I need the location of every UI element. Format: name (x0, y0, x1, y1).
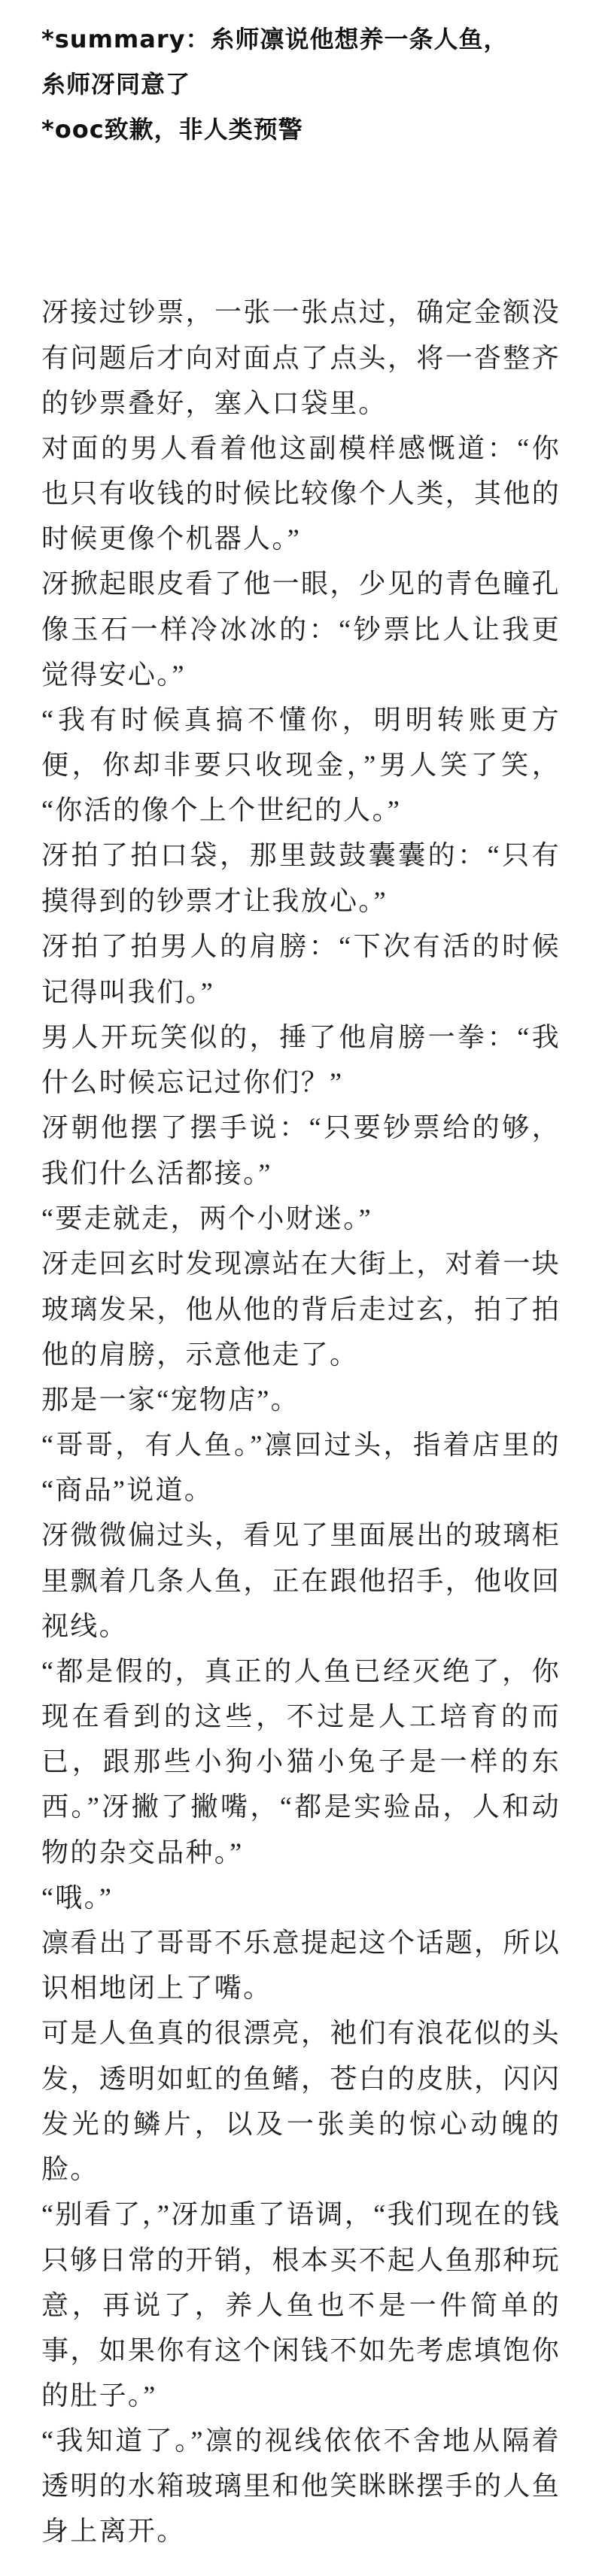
story-paragraph: 冴掀起眼皮看了他一眼，少见的青色瞳孔像玉石一样冷冰冰的：“钞票比人让我更觉得安心… (41, 561, 561, 697)
fallback-glyph: 冴 (171, 2199, 200, 2230)
fallback-glyph: 冴 (41, 1249, 70, 1279)
story-paragraph: 凛看出了哥哥不乐意提起这个话题，所以识相地闭上了嘴。 (41, 1920, 561, 2010)
story-paragraph: 冴走回玄时发现凛站在大街上，对着一块玻璃发呆，他从他的背后走过玄，拍了拍他的肩膀… (41, 1241, 561, 1377)
page: *summary：糸师凛说他想养一条人鱼， 糸师冴同意了 *ooc致歉，非人类预… (0, 0, 602, 2576)
story-paragraph: 冴朝他摆了摆手说：“只要钞票给的够，我们什么活都接。” (41, 1105, 561, 1196)
fallback-glyph: 冴 (41, 569, 70, 599)
story-paragraph: 冴拍了拍男人的肩膀：“下次有活的时候记得叫我们。” (41, 924, 561, 1015)
story-paragraph: 冴接过钞票，一张一张点过，确定金额没有问题后才向对面点了点头，将一沓整齐的钞票叠… (41, 290, 561, 426)
story-paragraph: 男人开玩笑似的，捶了他肩膀一拳：“我什么时候忘记过你们？” (41, 1015, 561, 1105)
fallback-glyph: 冴 (41, 297, 70, 328)
story-paragraph: “哦。” (41, 1875, 561, 1920)
story-paragraph: “都是假的，真正的人鱼已经灭绝了，你现在看到的这些，不过是人工培育的而已，跟那些… (41, 1649, 561, 1875)
story-paragraph: “我有时候真搞不懂你，明明转账更方便，你却非要只收现金，”男人笑了笑，“你活的像… (41, 697, 561, 833)
summary-header: *summary：糸师凛说他想养一条人鱼， 糸师冴同意了 *ooc致歉，非人类预… (41, 17, 561, 152)
story-paragraph: “别看了，”冴加重了语调，“我们现在的钱只够日常的开销，根本买不起人鱼那种玩意，… (41, 2192, 561, 2418)
story-paragraph: “哥哥，有人鱼。”凛回过头，指着店里的“商品”说道。 (41, 1422, 561, 1513)
story-paragraph: “要走就走，两个小财迷。” (41, 1196, 561, 1241)
summary-line-1: *summary：糸师凛说他想养一条人鱼， (41, 17, 561, 62)
story-paragraph: 那是一家“宠物店”。 (41, 1377, 561, 1422)
story-paragraph: “我知道了。”凛的视线依依不舍地从隔着透明的水箱玻璃里和他笑眯眯摆手的人鱼身上离… (41, 2418, 561, 2553)
story-paragraph: 可是人鱼真的很漂亮，祂们有浪花似的头发，透明如虹的鱼鳍，苍白的皮肤，闪闪发光的鳞… (41, 2010, 561, 2192)
story-paragraph: 冴拍了拍口袋，那里鼓鼓囊囊的：“只有摸得到的钞票才让我放心。” (41, 833, 561, 924)
story-body: 冴接过钞票，一张一张点过，确定金额没有问题后才向对面点了点头，将一沓整齐的钞票叠… (41, 290, 561, 2553)
fallback-glyph: 冴 (101, 1792, 132, 1822)
summary-line-2: 糸师冴同意了 (41, 62, 561, 107)
story-paragraph: 冴微微偏过头，看见了里面展出的玻璃柜里飘着几条人鱼，正在跟他招手，他收回视线。 (41, 1513, 561, 1649)
fallback-glyph: 祂 (330, 2018, 358, 2049)
warning-line: *ooc致歉，非人类预警 (41, 107, 561, 152)
fallback-glyph: 冴 (41, 1112, 71, 1143)
story-paragraph: 对面的男人看着他这副模样感慨道：“你也只有收钱的时候比较像个人类，其他的时候更像… (41, 426, 561, 561)
fallback-glyph: 冴 (41, 1520, 70, 1551)
fallback-glyph: 冴 (41, 931, 71, 962)
fallback-glyph: 冴 (41, 840, 71, 871)
